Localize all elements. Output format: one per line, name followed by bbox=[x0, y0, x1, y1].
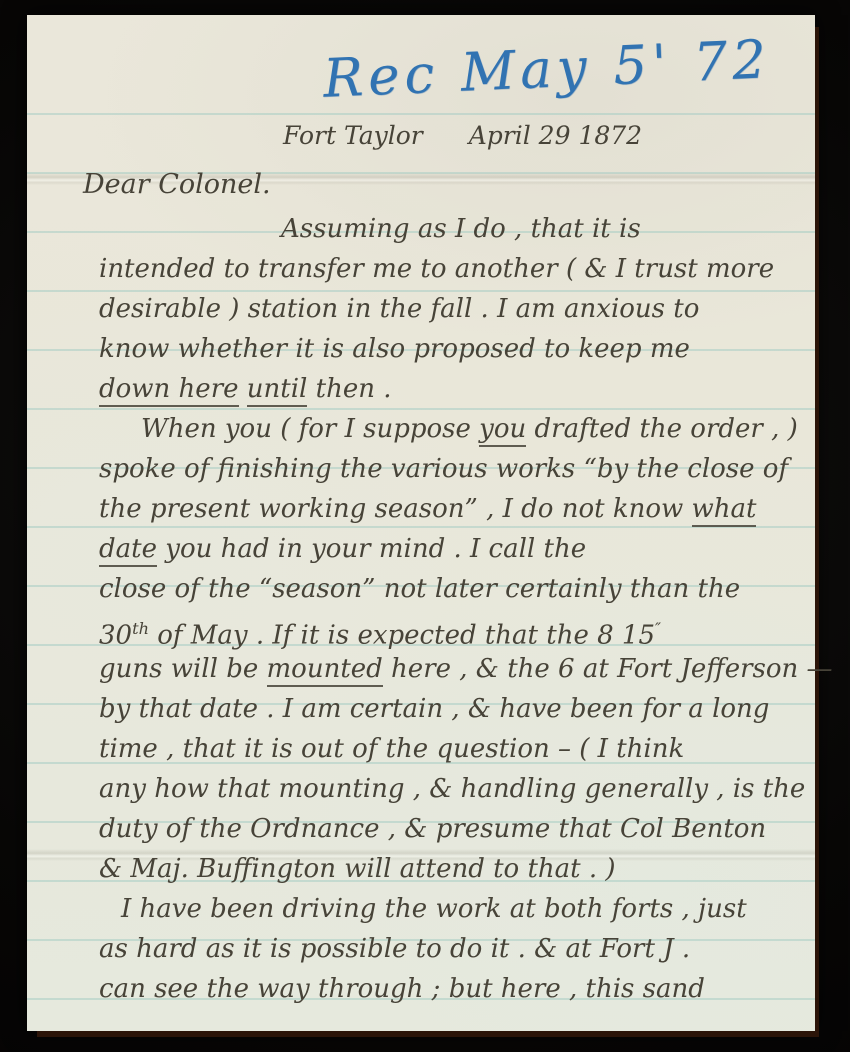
manuscript-text: then . bbox=[307, 374, 391, 404]
manuscript-line: When you ( for I suppose you drafted the… bbox=[141, 409, 793, 449]
manuscript-line: Assuming as I do , that it is bbox=[281, 209, 793, 249]
manuscript-text: the present working season” , I do not k… bbox=[99, 494, 692, 524]
underlined-word: date bbox=[99, 534, 157, 567]
manuscript-line: & Maj. Buffington will attend to that . … bbox=[99, 849, 793, 889]
manuscript-text: know whether it is also proposed to keep… bbox=[99, 334, 690, 364]
manuscript-line: duty of the Ordnance , & presume that Co… bbox=[99, 809, 793, 849]
manuscript-text: th bbox=[132, 619, 149, 638]
underlined-word: what bbox=[692, 494, 757, 527]
manuscript-text: close of the “season” not later certainl… bbox=[99, 574, 740, 604]
manuscript-line: time , that it is out of the question – … bbox=[99, 729, 793, 769]
letter-page: Rec May 5' 72 Fort Taylor April 29 1872 … bbox=[27, 15, 815, 1031]
salutation: Dear Colonel. bbox=[83, 169, 271, 200]
manuscript-text: spoke of finishing the various works “by… bbox=[99, 454, 788, 484]
dateline: Fort Taylor April 29 1872 bbox=[283, 121, 642, 150]
manuscript-text: of May . If it is expected that the 8 15 bbox=[149, 621, 655, 651]
manuscript-line: know whether it is also proposed to keep… bbox=[99, 329, 793, 369]
manuscript-text: I have been driving the work at both for… bbox=[121, 894, 747, 924]
manuscript-text: by that date . I am certain , & have bee… bbox=[99, 694, 769, 724]
manuscript-text: here , & the 6 at Fort Jefferson — bbox=[383, 654, 833, 684]
underlined-word: you bbox=[479, 414, 526, 447]
manuscript-text: guns will be bbox=[99, 654, 267, 684]
manuscript-text: duty of the Ordnance , & presume that Co… bbox=[99, 814, 766, 844]
underlined-word: until bbox=[247, 374, 308, 407]
manuscript-text: can see the way through ; but here , thi… bbox=[99, 974, 705, 1004]
manuscript-line: close of the “season” not later certainl… bbox=[99, 569, 793, 609]
manuscript-line: as hard as it is possible to do it . & a… bbox=[99, 929, 793, 969]
manuscript-text: you had in your mind . I call the bbox=[157, 534, 586, 564]
manuscript-text: any how that mounting , & handling gener… bbox=[99, 774, 805, 804]
manuscript-line: spoke of finishing the various works “by… bbox=[99, 449, 793, 489]
manuscript-line: can see the way through ; but here , thi… bbox=[99, 969, 793, 1009]
manuscript-text: intended to transfer me to another ( & I… bbox=[99, 254, 774, 284]
manuscript-line: date you had in your mind . I call the bbox=[99, 529, 793, 569]
letter-body: Assuming as I do , that it isintended to… bbox=[83, 209, 793, 1009]
manuscript-line: the present working season” , I do not k… bbox=[99, 489, 793, 529]
received-date-annotation: Rec May 5' 72 bbox=[322, 29, 772, 109]
manuscript-line: by that date . I am certain , & have bee… bbox=[99, 689, 793, 729]
manuscript-text: as hard as it is possible to do it . & a… bbox=[99, 934, 690, 964]
manuscript-text bbox=[239, 374, 247, 404]
manuscript-line: intended to transfer me to another ( & I… bbox=[99, 249, 793, 289]
manuscript-line: guns will be mounted here , & the 6 at F… bbox=[99, 649, 793, 689]
manuscript-line: desirable ) station in the fall . I am a… bbox=[99, 289, 793, 329]
manuscript-text: Assuming as I do , that it is bbox=[281, 214, 641, 244]
manuscript-text: 30 bbox=[99, 621, 132, 651]
manuscript-text: drafted the order , ) bbox=[526, 414, 798, 444]
manuscript-text: When you ( for I suppose bbox=[141, 414, 479, 444]
manuscript-text: & Maj. Buffington will attend to that . … bbox=[99, 854, 616, 884]
underlined-word: down here bbox=[99, 374, 239, 407]
photograph-background: Rec May 5' 72 Fort Taylor April 29 1872 … bbox=[0, 0, 850, 1052]
manuscript-line: any how that mounting , & handling gener… bbox=[99, 769, 793, 809]
manuscript-text: ″ bbox=[655, 619, 661, 638]
manuscript-text: time , that it is out of the question – … bbox=[99, 734, 684, 764]
manuscript-line: down here until then . bbox=[99, 369, 793, 409]
underlined-word: mounted bbox=[267, 654, 383, 687]
manuscript-line: I have been driving the work at both for… bbox=[121, 889, 793, 929]
manuscript-text: desirable ) station in the fall . I am a… bbox=[99, 294, 699, 324]
dateline-date: April 29 1872 bbox=[469, 121, 642, 150]
dateline-place: Fort Taylor bbox=[283, 121, 423, 150]
manuscript-line: 30th of May . If it is expected that the… bbox=[99, 609, 793, 649]
